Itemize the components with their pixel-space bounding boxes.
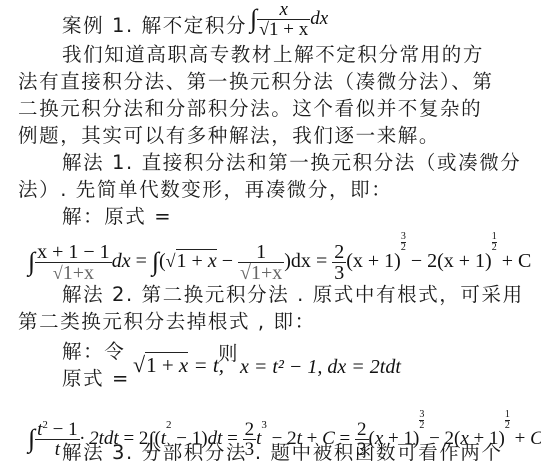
paragraph-line: 二换元积分法和分部积分法。这个看似并不复杂的 [18,97,482,121]
method1-heading: 解法 1. 直接积分法和第一换元积分法（或凑微分 [62,151,521,175]
method3-heading: 解法 3. 分部积分法 . 题中被积函数可看作两个 [62,441,503,463]
case-title: 案例 1. 解不定积分 [62,14,247,38]
let-label: 解：令 [62,340,125,364]
paragraph-line: 法有直接积分法、第一换元积分法（凑微分法）、第 [18,70,494,94]
solution-label: 解：原式 = [62,205,172,229]
paragraph-line: 法）. 先简单代数变形，再凑微分，即： [18,178,392,202]
substitution-formula-2: x = t² − 1, dx = 2tdt [240,357,401,377]
then-label: 则 [218,342,239,366]
paragraph-line: 例题，其实可以有多种解法，我们逐一来解。 [18,124,440,148]
paragraph-line: 第二类换元积分去掉根式 , 即： [18,310,316,334]
method2-heading: 解法 2. 第二换元积分法 . 原式中有根式，可采用 [62,283,524,307]
method1-formula: ∫x + 1 − 1√1+xdx = ∫(√1 + x − 1√1+x)dx =… [28,242,531,283]
substitution-formula: √1 + x = t, [133,354,224,376]
paragraph-line: 我们知道高职高专教材上解不定积分常用的方 [62,43,484,67]
original-label: 原式 = [62,367,130,391]
problem-formula: ∫x√1 + xdx [250,0,328,39]
